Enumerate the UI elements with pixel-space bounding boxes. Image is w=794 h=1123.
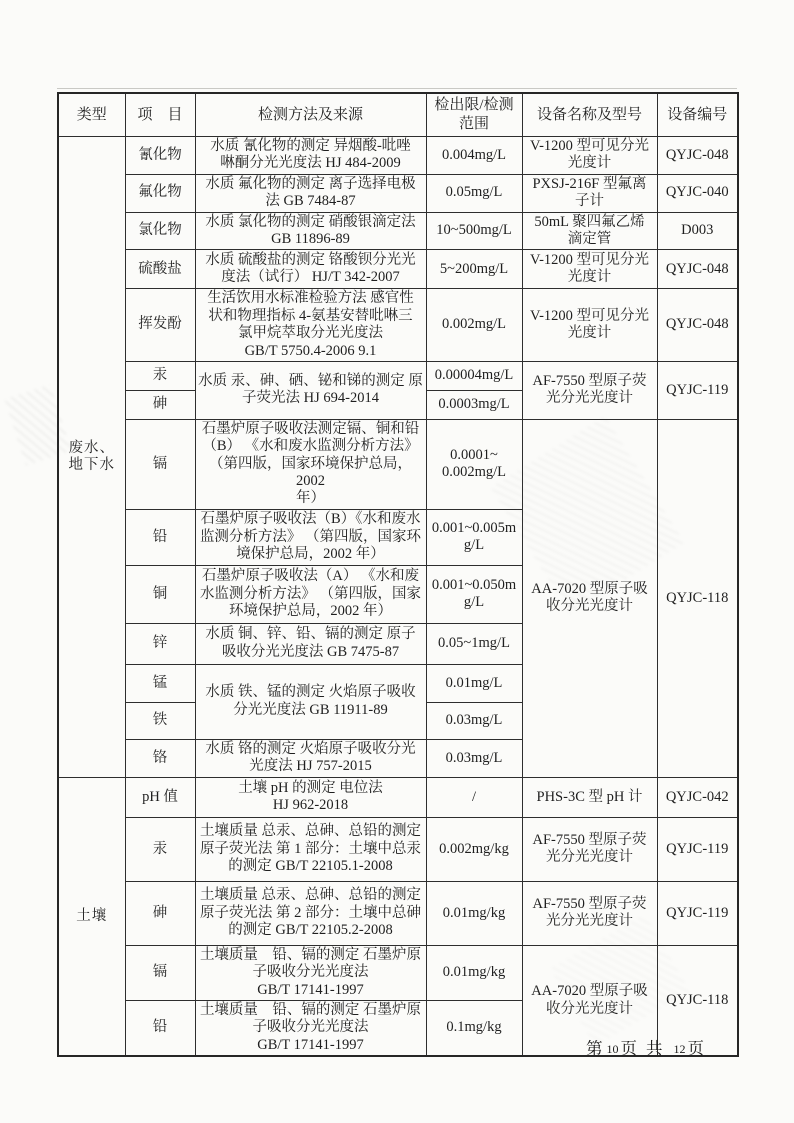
- table-row: 废水、 地下水氰化物水质 氰化物的测定 异烟酸-吡唑 啉酮分光光度法 HJ 48…: [58, 137, 738, 175]
- equipment-cell: V-1200 型可见分光 光度计: [522, 250, 657, 289]
- limit-cell: 0.0003mg/L: [426, 390, 522, 419]
- type-cell: 废水、 地下水: [58, 137, 125, 778]
- item-cell: 铁: [125, 702, 195, 739]
- equipment-cell: V-1200 型可见分光 光度计: [522, 137, 657, 175]
- method-cell: 土壤质量 总汞、总砷、总铅的测定 原子荧光法 第 1 部分：土壤中总汞 的测定 …: [195, 817, 426, 881]
- item-cell: 铜: [125, 565, 195, 623]
- limit-cell: 0.05~1mg/L: [426, 623, 522, 664]
- type-cell: 土壤: [58, 777, 125, 1056]
- device-id-cell: QYJC-119: [657, 361, 738, 419]
- limit-cell: 0.05mg/L: [426, 174, 522, 212]
- methods-table-body: 废水、 地下水氰化物水质 氰化物的测定 异烟酸-吡唑 啉酮分光光度法 HJ 48…: [58, 137, 738, 1057]
- equipment-cell: PXSJ-216F 型氟离 子计: [522, 174, 657, 212]
- method-cell: 土壤质量 铅、镉的测定 石墨炉原 子吸收分光光度法 GB/T 17141-199…: [195, 1001, 426, 1057]
- table-row: 土壤pH 值土壤 pH 的测定 电位法 HJ 962-2018/PHS-3C 型…: [58, 777, 738, 817]
- limit-cell: 0.03mg/L: [426, 739, 522, 777]
- table-row: 镉土壤质量 铅、镉的测定 石墨炉原 子吸收分光光度法 GB/T 17141-19…: [58, 945, 738, 1000]
- col-header-type: 类型: [58, 93, 125, 137]
- item-cell: 硫酸盐: [125, 250, 195, 289]
- method-cell: 生活饮用水标准检验方法 感官性 状和物理指标 4-氨基安替吡啉三 氯甲烷萃取分光…: [195, 289, 426, 362]
- header-row: 类型 项 目 检测方法及来源 检出限/检测 范围 设备名称及型号 设备编号: [58, 93, 738, 137]
- scanned-document-page: { "table": { "columns": ["类型", "项 目", "检…: [0, 0, 794, 1123]
- methods-table: 类型 项 目 检测方法及来源 检出限/检测 范围 设备名称及型号 设备编号 废水…: [57, 92, 739, 1057]
- item-cell: 铅: [125, 509, 195, 565]
- limit-cell: 0.01mg/L: [426, 664, 522, 702]
- page-number: 10: [605, 1042, 621, 1056]
- table-row: 氯化物水质 氯化物的测定 硝酸银滴定法 GB 11896-8910~500mg/…: [58, 212, 738, 250]
- device-id-cell: QYJC-119: [657, 817, 738, 881]
- limit-cell: 0.01mg/kg: [426, 945, 522, 1000]
- method-cell: 水质 氰化物的测定 异烟酸-吡唑 啉酮分光光度法 HJ 484-2009: [195, 137, 426, 175]
- footer-text: 页: [688, 1039, 707, 1058]
- item-cell: pH 值: [125, 777, 195, 817]
- col-header-equipment: 设备名称及型号: [522, 93, 657, 137]
- equipment-cell: V-1200 型可见分光 光度计: [522, 289, 657, 362]
- footer-text: 第: [586, 1039, 605, 1058]
- method-cell: 石墨炉原子吸收法测定镉、铜和铅 （B） 《水和废水监测分析方法》 （第四版，国家…: [195, 419, 426, 509]
- footer-text: 共: [646, 1039, 665, 1058]
- method-cell: 土壤质量 总汞、总砷、总铅的测定 原子荧光法 第 2 部分：土壤中总砷 的测定 …: [195, 881, 426, 945]
- limit-cell: /: [426, 777, 522, 817]
- item-cell: 锌: [125, 623, 195, 664]
- equipment-cell: AF-7550 型原子荧 光分光光度计: [522, 881, 657, 945]
- page-number-footer: 第10页共12页: [586, 1035, 706, 1059]
- scan-line-artifact: [57, 88, 737, 89]
- equipment-cell: PHS-3C 型 pH 计: [522, 777, 657, 817]
- table-row: 氟化物水质 氟化物的测定 离子选择电极 法 GB 7484-870.05mg/L…: [58, 174, 738, 212]
- limit-cell: 0.0001~ 0.002mg/L: [426, 419, 522, 509]
- table-row: 汞土壤质量 总汞、总砷、总铅的测定 原子荧光法 第 1 部分：土壤中总汞 的测定…: [58, 817, 738, 881]
- device-id-cell: QYJC-040: [657, 174, 738, 212]
- item-cell: 铬: [125, 739, 195, 777]
- table-row: 镉石墨炉原子吸收法测定镉、铜和铅 （B） 《水和废水监测分析方法》 （第四版，国…: [58, 419, 738, 509]
- method-cell: 石墨炉原子吸收法（B）《水和废水 监测分析方法》 （第四版，国家环 境保护总局，…: [195, 509, 426, 565]
- method-cell: 水质 铁、锰的测定 火焰原子吸收 分光光度法 GB 11911-89: [195, 664, 426, 739]
- method-cell: 水质 铜、锌、铅、镉的测定 原子 吸收分光光度法 GB 7475-87: [195, 623, 426, 664]
- col-header-limit: 检出限/检测 范围: [426, 93, 522, 137]
- col-header-device-id: 设备编号: [657, 93, 738, 137]
- equipment-cell: 50mL 聚四氟乙烯 滴定管: [522, 212, 657, 250]
- table-row: 挥发酚生活饮用水标准检验方法 感官性 状和物理指标 4-氨基安替吡啉三 氯甲烷萃…: [58, 289, 738, 362]
- table-row: 砷土壤质量 总汞、总砷、总铅的测定 原子荧光法 第 2 部分：土壤中总砷 的测定…: [58, 881, 738, 945]
- device-id-cell: D003: [657, 212, 738, 250]
- equipment-cell: AA-7020 型原子吸 收分光光度计: [522, 419, 657, 777]
- limit-cell: 0.001~0.005m g/L: [426, 509, 522, 565]
- limit-cell: 0.002mg/L: [426, 289, 522, 362]
- item-cell: 锰: [125, 664, 195, 702]
- limit-cell: 10~500mg/L: [426, 212, 522, 250]
- limit-cell: 5~200mg/L: [426, 250, 522, 289]
- col-header-method: 检测方法及来源: [195, 93, 426, 137]
- item-cell: 汞: [125, 817, 195, 881]
- footer-text: 页: [621, 1039, 640, 1058]
- limit-cell: 0.001~0.050m g/L: [426, 565, 522, 623]
- limit-cell: 0.1mg/kg: [426, 1001, 522, 1057]
- device-id-cell: QYJC-042: [657, 777, 738, 817]
- device-id-cell: QYJC-048: [657, 250, 738, 289]
- device-id-cell: QYJC-119: [657, 881, 738, 945]
- table-row: 硫酸盐水质 硫酸盐的测定 铬酸钡分光光 度法（试行） HJ/T 342-2007…: [58, 250, 738, 289]
- equipment-cell: AF-7550 型原子荧 光分光光度计: [522, 361, 657, 419]
- device-id-cell: QYJC-048: [657, 137, 738, 175]
- item-cell: 镉: [125, 419, 195, 509]
- limit-cell: 0.002mg/kg: [426, 817, 522, 881]
- item-cell: 挥发酚: [125, 289, 195, 362]
- device-id-cell: QYJC-048: [657, 289, 738, 362]
- item-cell: 砷: [125, 881, 195, 945]
- method-cell: 水质 硫酸盐的测定 铬酸钡分光光 度法（试行） HJ/T 342-2007: [195, 250, 426, 289]
- col-header-item: 项 目: [125, 93, 195, 137]
- method-cell: 水质 铬的测定 火焰原子吸收分光 光度法 HJ 757-2015: [195, 739, 426, 777]
- method-cell: 水质 氯化物的测定 硝酸银滴定法 GB 11896-89: [195, 212, 426, 250]
- equipment-cell: AF-7550 型原子荧 光分光光度计: [522, 817, 657, 881]
- item-cell: 氟化物: [125, 174, 195, 212]
- item-cell: 镉: [125, 945, 195, 1000]
- method-cell: 土壤 pH 的测定 电位法 HJ 962-2018: [195, 777, 426, 817]
- table-row: 汞水质 汞、砷、硒、铋和锑的测定 原 子荧光法 HJ 694-20140.000…: [58, 361, 738, 390]
- item-cell: 砷: [125, 390, 195, 419]
- item-cell: 氯化物: [125, 212, 195, 250]
- limit-cell: 0.01mg/kg: [426, 881, 522, 945]
- limit-cell: 0.004mg/L: [426, 137, 522, 175]
- item-cell: 氰化物: [125, 137, 195, 175]
- method-cell: 水质 汞、砷、硒、铋和锑的测定 原 子荧光法 HJ 694-2014: [195, 361, 426, 419]
- item-cell: 铅: [125, 1001, 195, 1057]
- item-cell: 汞: [125, 361, 195, 390]
- total-pages: 12: [672, 1042, 688, 1056]
- method-cell: 水质 氟化物的测定 离子选择电极 法 GB 7484-87: [195, 174, 426, 212]
- limit-cell: 0.03mg/L: [426, 702, 522, 739]
- device-id-cell: QYJC-118: [657, 419, 738, 777]
- limit-cell: 0.00004mg/L: [426, 361, 522, 390]
- method-cell: 石墨炉原子吸收法（A） 《水和废 水监测分析方法》 （第四版，国家 环境保护总局…: [195, 565, 426, 623]
- method-cell: 土壤质量 铅、镉的测定 石墨炉原 子吸收分光光度法 GB/T 17141-199…: [195, 945, 426, 1000]
